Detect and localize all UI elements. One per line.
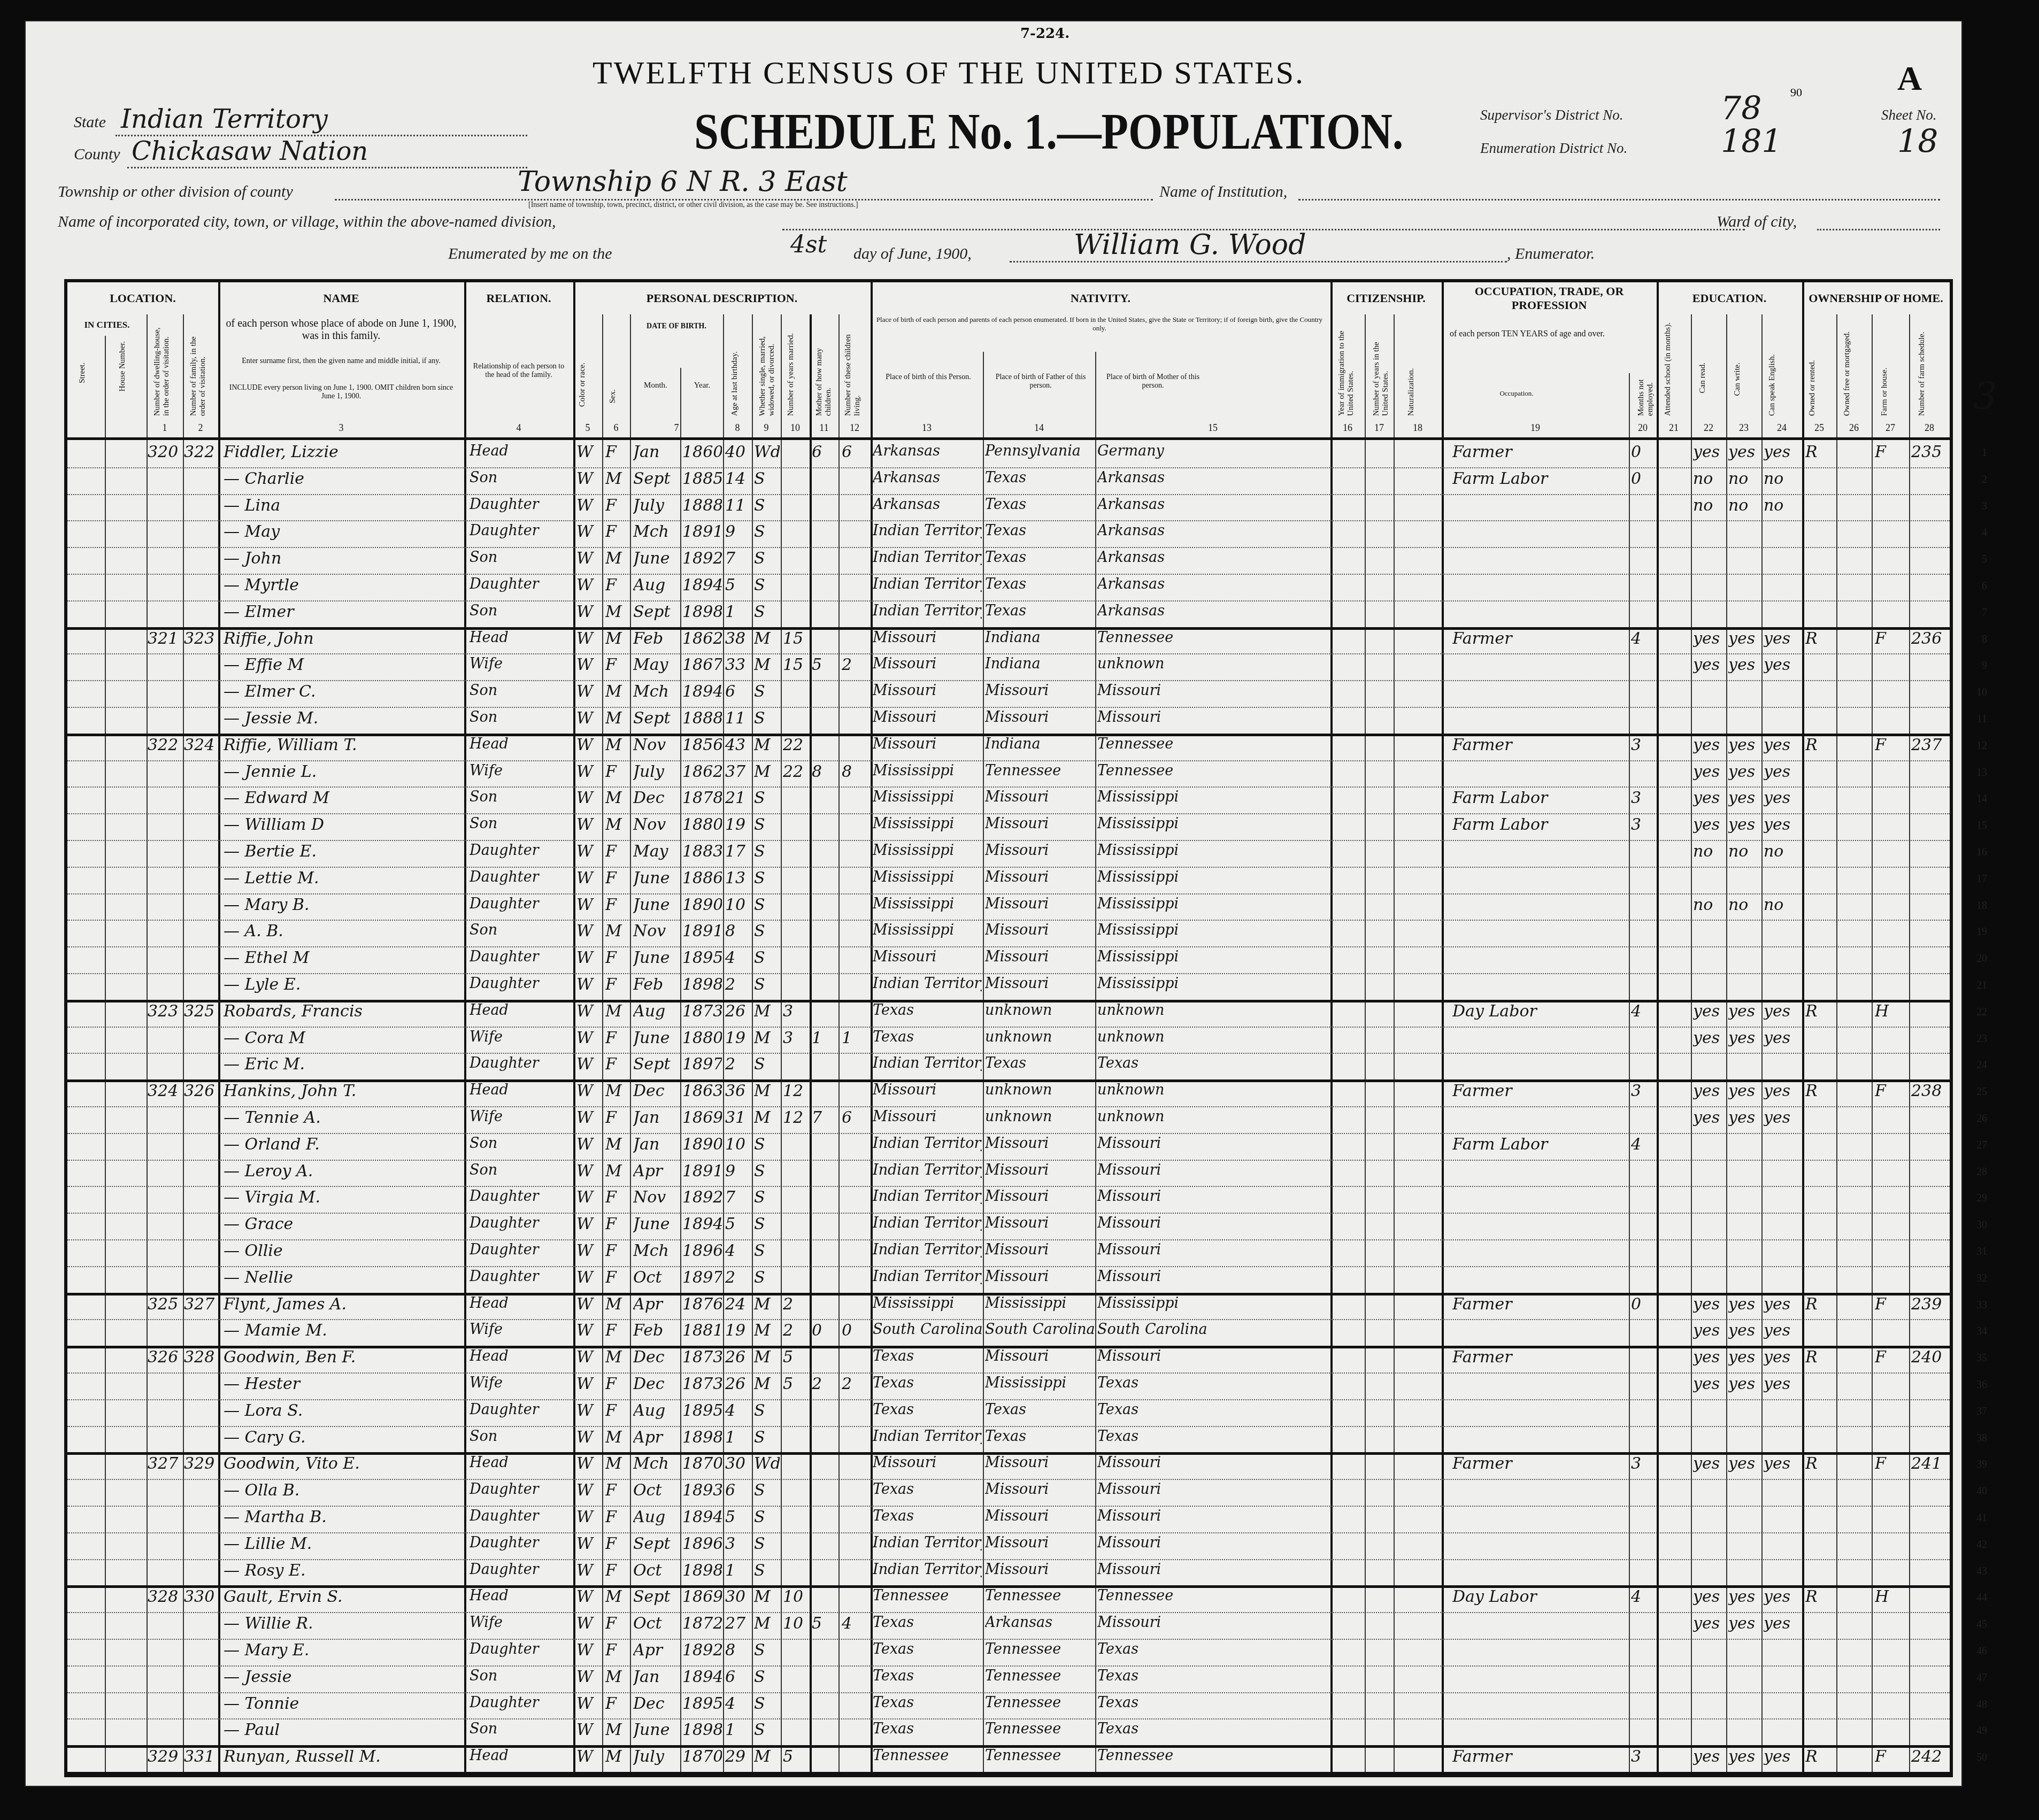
dob-label: DATE OF BIRTH. [631,322,722,331]
color: W [576,576,601,595]
occupation: Farmer [1452,443,1629,461]
person-name: — Leroy A. [224,1162,463,1181]
marital-status: S [754,869,780,888]
birthplace-mother: Missouri [1097,1215,1226,1231]
birthplace-mother: unknown [1097,1002,1226,1019]
marital-status: M [754,1614,780,1633]
colnum: 9 [752,422,781,434]
birth-month: Aug [633,576,679,595]
family-number: 326 [184,1082,218,1100]
birthplace-person: Indian Territory [873,1534,982,1551]
person-name: — Myrtle [224,576,463,595]
sex: F [605,869,629,888]
person-name: — Elmer [224,603,463,621]
owned-rented: R [1805,736,1835,754]
can-read: no [1693,496,1725,515]
color: W [576,1428,601,1447]
line-number: 13 [1976,767,1987,779]
birth-month: Nov [633,1188,679,1207]
birthplace-mother: Mississippi [1097,1295,1226,1312]
table-row: — A. B.SonWMNov18918SMississippiMissouri… [67,920,1950,947]
can-read: yes [1693,1454,1725,1473]
years-married: 3 [783,1029,809,1047]
line-number: 10 [1976,687,1987,699]
speaks-english: yes [1764,815,1801,834]
birthplace-person: Indian Territory [873,1428,982,1445]
person-name: — Jennie L. [224,762,463,781]
age: 10 [725,896,751,914]
line-number: 31 [1976,1246,1987,1258]
speaks-english: yes [1764,1348,1801,1367]
birthplace-father: Indiana [985,736,1094,752]
birthplace-mother: Missouri [1097,1614,1226,1631]
enumerator-name: William G. Wood [1074,229,1306,261]
sex: M [605,709,629,728]
birthplace-person: Texas [873,1721,982,1737]
person-name: — Charlie [224,469,463,488]
occupation: Farmer [1452,629,1629,648]
birth-year: 1898 [682,603,722,621]
line-number: 24 [1976,1059,1987,1071]
color: W [576,1135,601,1154]
relation: Wife [470,762,572,779]
age: 11 [725,709,751,728]
birthplace-mother: Missouri [1097,1241,1226,1258]
occupation: Farm Labor [1452,469,1629,488]
speaks-english: yes [1764,1587,1801,1606]
birth-month: Nov [633,736,679,754]
sex: F [605,1614,629,1633]
birthplace-person: Arkansas [873,443,982,459]
color: W [576,1508,601,1526]
relation: Daughter [470,896,572,912]
birthplace-father: Mississippi [985,1295,1094,1312]
birth-year: 1896 [682,1534,722,1553]
relation: Head [470,629,572,646]
birth-year: 1862 [682,762,722,781]
sex: F [605,1108,629,1127]
state-label: State [74,113,106,132]
marital-status: M [754,655,780,674]
birthplace-person: Texas [873,1375,982,1391]
can-write: yes [1728,762,1760,781]
relation: Daughter [470,869,572,885]
table-row: — MyrtleDaughterWFAug18945SIndian Territ… [67,574,1950,601]
enumerated-suffix: day of June, 1900, [853,245,972,263]
relation: Daughter [470,1641,572,1657]
color: W [576,1614,601,1633]
birthplace-father: Tennessee [985,1668,1094,1684]
can-read: yes [1693,1108,1725,1127]
birthplace-father: Indiana [985,655,1094,672]
person-name: — Mary E. [224,1641,463,1660]
farm-schedule-number: 235 [1911,443,1949,461]
birthplace-mother: Tennessee [1097,736,1226,752]
birthplace-mother: South Carolina [1097,1321,1226,1338]
can-read: yes [1693,1747,1725,1766]
birth-year: 1895 [682,1694,722,1713]
birthplace-mother: Texas [1097,1428,1226,1445]
birth-month: May [633,842,679,861]
age: 13 [725,869,751,888]
color: W [576,736,601,754]
relation: Wife [470,1108,572,1125]
table-row: — Jennie L.WifeWFJuly186237M2288Mississi… [67,760,1950,788]
speaks-english: yes [1764,1002,1801,1021]
group-relation: RELATION. [464,282,575,314]
family-number: 328 [184,1348,218,1367]
marital-status: S [754,469,780,488]
line-number: 18 [1976,900,1987,912]
farm-or-house: F [1875,1082,1908,1100]
birthplace-person: Indian Territory [873,1215,982,1231]
birthplace-person: Mississippi [873,869,982,885]
can-write: yes [1728,443,1760,461]
birth-year: 1892 [682,549,722,568]
birthplace-father: Missouri [985,869,1094,885]
birth-month: Oct [633,1268,679,1287]
person-name: Flynt, James A. [224,1295,463,1314]
occupation: Farmer [1452,1295,1629,1314]
line-number: 4 [1982,527,1987,539]
ward-label: Ward of city, [1717,213,1797,231]
can-read: yes [1693,1348,1725,1367]
marital-status: M [754,762,780,781]
farm-or-house: F [1875,443,1908,461]
birthplace-father: Missouri [985,1215,1094,1231]
line-number: 2 [1982,474,1987,486]
city-label: Name of incorporated city, town, or vill… [58,213,556,231]
birth-year: 1888 [682,496,722,515]
can-read: yes [1693,789,1725,807]
person-name: — Olla B. [224,1481,463,1500]
farm-or-house: F [1875,736,1908,754]
relation: Wife [470,655,572,672]
table-row: 320322Fiddler, LizzieHeadWFJan186040Wd66… [67,441,1950,468]
birth-year: 1869 [682,1108,722,1127]
sex: M [605,1454,629,1473]
marital-status: M [754,629,780,648]
birthplace-mother: Texas [1097,1055,1226,1071]
line-number: 27 [1976,1139,1987,1152]
birth-month: Apr [633,1295,679,1314]
owned-rented: R [1805,1295,1835,1314]
birthplace-person: Indian Territory [873,549,982,566]
person-name: — Lyle E. [224,975,463,994]
age: 1 [725,1561,751,1580]
person-name: — Bertie E. [224,842,463,861]
group-location: LOCATION. [67,282,220,314]
line-number: 26 [1976,1113,1987,1125]
line-number: 7 [1982,607,1987,619]
birth-year: 1897 [682,1055,722,1074]
birth-year: 1891 [682,922,722,940]
farm-schedule-number: 242 [1911,1747,1949,1766]
speaks-english: yes [1764,1295,1801,1314]
birthplace-person: Texas [873,1508,982,1524]
birth-year: 1870 [682,1454,722,1473]
line-number: 40 [1976,1485,1987,1498]
sex: F [605,1401,629,1420]
name-instr2: INCLUDE every person living on June 1, 1… [224,384,459,401]
colnum: 17 [1365,422,1394,434]
birthplace-mother: Tennessee [1097,1587,1226,1604]
table-row: — Tennie A.WifeWFJan186931M1276Missouriu… [67,1106,1950,1134]
person-name: — Paul [224,1721,463,1739]
relation: Son [470,469,572,486]
color: W [576,1348,601,1367]
relation: Son [470,709,572,726]
table-row: — LinaDaughterWFJuly188811SArkansasTexas… [67,494,1950,522]
can-write: no [1728,842,1760,861]
birthplace-father: Missouri [985,1454,1094,1471]
relation: Son [470,603,572,619]
age: 1 [725,1721,751,1739]
group-ownership: OWNERSHIP OF HOME. [1802,282,1950,314]
speaks-english: yes [1764,1454,1801,1473]
occupation: Day Labor [1452,1002,1629,1021]
birth-year: 1880 [682,1029,722,1047]
table-row: — Lora S.DaughterWFAug18954STexasTexasTe… [67,1399,1950,1427]
marital-status: S [754,496,780,515]
color: W [576,1721,601,1739]
person-name: — Jessie [224,1668,463,1686]
owned-rented: R [1805,1082,1835,1100]
birthplace-father: Missouri [985,682,1094,699]
age: 27 [725,1614,751,1633]
can-write: yes [1728,1348,1760,1367]
birthplace-mother: Tennessee [1097,1747,1226,1764]
hdr-free-mortgaged: Owned free or mortgaged. [1843,320,1852,416]
relation: Wife [470,1614,572,1631]
birth-year: 1898 [682,975,722,994]
line-number: 47 [1976,1672,1987,1684]
color: W [576,1587,601,1606]
color: W [576,655,601,674]
table-row: — Mary E.DaughterWFApr18928STexasTenness… [67,1639,1950,1667]
color: W [576,1694,601,1713]
person-name: — Orland F. [224,1135,463,1154]
can-write: yes [1728,655,1760,674]
children-born: 1 [812,1029,837,1047]
birthplace-father: Missouri [985,948,1094,965]
can-write: yes [1728,789,1760,807]
marital-status: M [754,1747,780,1766]
farm-schedule-number: 237 [1911,736,1949,754]
speaks-english: yes [1764,1321,1801,1340]
marital-status: S [754,1162,780,1181]
relation: Son [470,1668,572,1684]
color: W [576,1481,601,1500]
occupation: Farm Labor [1452,815,1629,834]
sex: F [605,443,629,461]
years-married: 5 [783,1375,809,1393]
table-row: — Mamie M.WifeWFFeb188119M200South Carol… [67,1319,1950,1348]
relation: Head [470,1082,572,1098]
line-number: 11 [1977,713,1987,726]
birthplace-mother: Germany [1097,443,1226,459]
years-married: 10 [783,1587,809,1606]
farm-or-house: F [1875,1295,1908,1314]
birth-month: Jan [633,1668,679,1686]
speaks-english: yes [1764,1614,1801,1633]
speaks-english: yes [1764,762,1801,781]
birth-month: Sept [633,1587,679,1606]
birth-month: June [633,1215,679,1233]
birth-year: 1894 [682,1668,722,1686]
birthplace-person: Mississippi [873,842,982,859]
relation: Daughter [470,1694,572,1711]
marital-status: M [754,1002,780,1021]
marital-status: S [754,603,780,621]
side-mark: 3 [1973,374,1997,418]
owned-rented: R [1805,1587,1835,1606]
speaks-english: no [1764,469,1801,488]
relation: Daughter [470,842,572,859]
county-value: Chickasaw Nation [132,136,368,166]
years-married: 5 [783,1348,809,1367]
person-name: — Lora S. [224,1401,463,1420]
person-name: — Ollie [224,1241,463,1260]
relation: Daughter [470,522,572,539]
age: 6 [725,682,751,701]
sex: F [605,1534,629,1553]
table-row: 328330Gault, Ervin S.HeadWMSept186930M10… [67,1585,1950,1613]
population-table: LOCATION. NAME RELATION. PERSONAL DESCRI… [64,279,1953,1777]
sex: M [605,1668,629,1686]
state-value: Indian Territory [121,104,328,134]
line-number: 35 [1976,1352,1987,1364]
birth-year: 1883 [682,842,722,861]
table-row: — JohnSonWMJune18927SIndian TerritoryTex… [67,547,1950,575]
dwelling-number: 325 [148,1295,183,1314]
line-number: 16 [1976,846,1987,859]
birthplace-father: Texas [985,576,1094,592]
birthplace-father: Indiana [985,629,1094,646]
person-name: — May [224,522,463,541]
age: 2 [725,1268,751,1287]
form-number: 7-224. [1020,26,1069,42]
birthplace-father: Texas [985,522,1094,539]
birthplace-person: Texas [873,1348,982,1364]
table-row: — Virgia M.DaughterWFNov18927SIndian Ter… [67,1186,1950,1214]
color: W [576,603,601,621]
birthplace-father: Missouri [985,975,1094,992]
sex: F [605,1481,629,1500]
line-number: 9 [1982,660,1987,672]
relation: Head [470,1454,572,1471]
birthplace-mother: Missouri [1097,1188,1226,1205]
birth-month: Mch [633,522,679,541]
color: W [576,443,601,461]
can-read: yes [1693,1587,1725,1606]
birth-father-label: Place of birth of Father of this person. [987,373,1094,390]
children-living: 2 [842,655,870,674]
birthplace-person: Texas [873,1668,982,1684]
birth-month: Dec [633,1348,679,1367]
birthplace-mother: Missouri [1097,682,1226,699]
name-desc: of each person whose place of abode on J… [224,318,459,342]
county-line [127,167,527,168]
birth-month: July [633,496,679,515]
birth-month: Mch [633,682,679,701]
marital-status: S [754,1694,780,1713]
birth-year: 1888 [682,709,722,728]
can-write: yes [1728,629,1760,648]
birth-year: 1885 [682,469,722,488]
person-name: Goodwin, Ben F. [224,1348,463,1367]
age: 26 [725,1375,751,1393]
color: W [576,1747,601,1766]
person-name: — Nellie [224,1268,463,1287]
table-row: — JessieSonWMJan18946STexasTennesseeTexa… [67,1665,1950,1693]
birth-year: 1886 [682,869,722,888]
sex: M [605,1082,629,1100]
age: 6 [725,1481,751,1500]
marital-status: S [754,1508,780,1526]
sex: M [605,1428,629,1447]
person-name: — Eric M. [224,1055,463,1074]
children-living: 6 [842,1108,870,1127]
colnum: 2 [183,422,218,434]
birthplace-mother: unknown [1097,655,1226,672]
marital-status: S [754,1668,780,1686]
person-name: Runyan, Russell M. [224,1747,463,1766]
name-instr1: Enter surname first, then the given name… [224,357,459,366]
table-row: 327329Goodwin, Vito E.HeadWMMch187030WdM… [67,1452,1950,1480]
birthplace-father: Missouri [985,922,1094,938]
marital-status: M [754,1029,780,1047]
farm-or-house: F [1875,629,1908,648]
farm-schedule-number: 239 [1911,1295,1949,1314]
line-number: 29 [1976,1192,1987,1205]
birthplace-mother: Arkansas [1097,496,1226,513]
line-number: 37 [1976,1406,1987,1418]
children-living: 4 [842,1614,870,1633]
table-row: — Bertie E.DaughterWFMay188317SMississip… [67,840,1950,868]
children-living: 1 [842,1029,870,1047]
marital-status: S [754,922,780,940]
occupation: Farmer [1452,1454,1629,1473]
marital-status: S [754,1534,780,1553]
can-write: yes [1728,1587,1760,1606]
color: W [576,1002,601,1021]
sex: F [605,1375,629,1393]
age: 36 [725,1082,751,1100]
can-write: yes [1728,815,1760,834]
marital-status: M [754,1348,780,1367]
group-personal: PERSONAL DESCRIPTION. [573,282,872,314]
relation: Daughter [470,576,572,592]
colnum: 13 [871,422,983,434]
relation: Daughter [470,1188,572,1205]
age: 30 [725,1587,751,1606]
sex: M [605,736,629,754]
sex: M [605,549,629,568]
hdr-can-write: Can write. [1733,363,1742,396]
birthplace-mother: Arkansas [1097,603,1226,619]
hdr-street: Street. [78,363,87,383]
birth-year: 1890 [682,1135,722,1154]
birthplace-mother: unknown [1097,1029,1226,1045]
person-name: Fiddler, Lizzie [224,443,463,461]
relation: Daughter [470,1268,572,1285]
township-line [335,199,1153,200]
table-row: 329331Runyan, Russell M.HeadWMJuly187029… [67,1745,1950,1775]
color: W [576,1668,601,1686]
marital-status: S [754,549,780,568]
relation: Wife [470,1321,572,1338]
